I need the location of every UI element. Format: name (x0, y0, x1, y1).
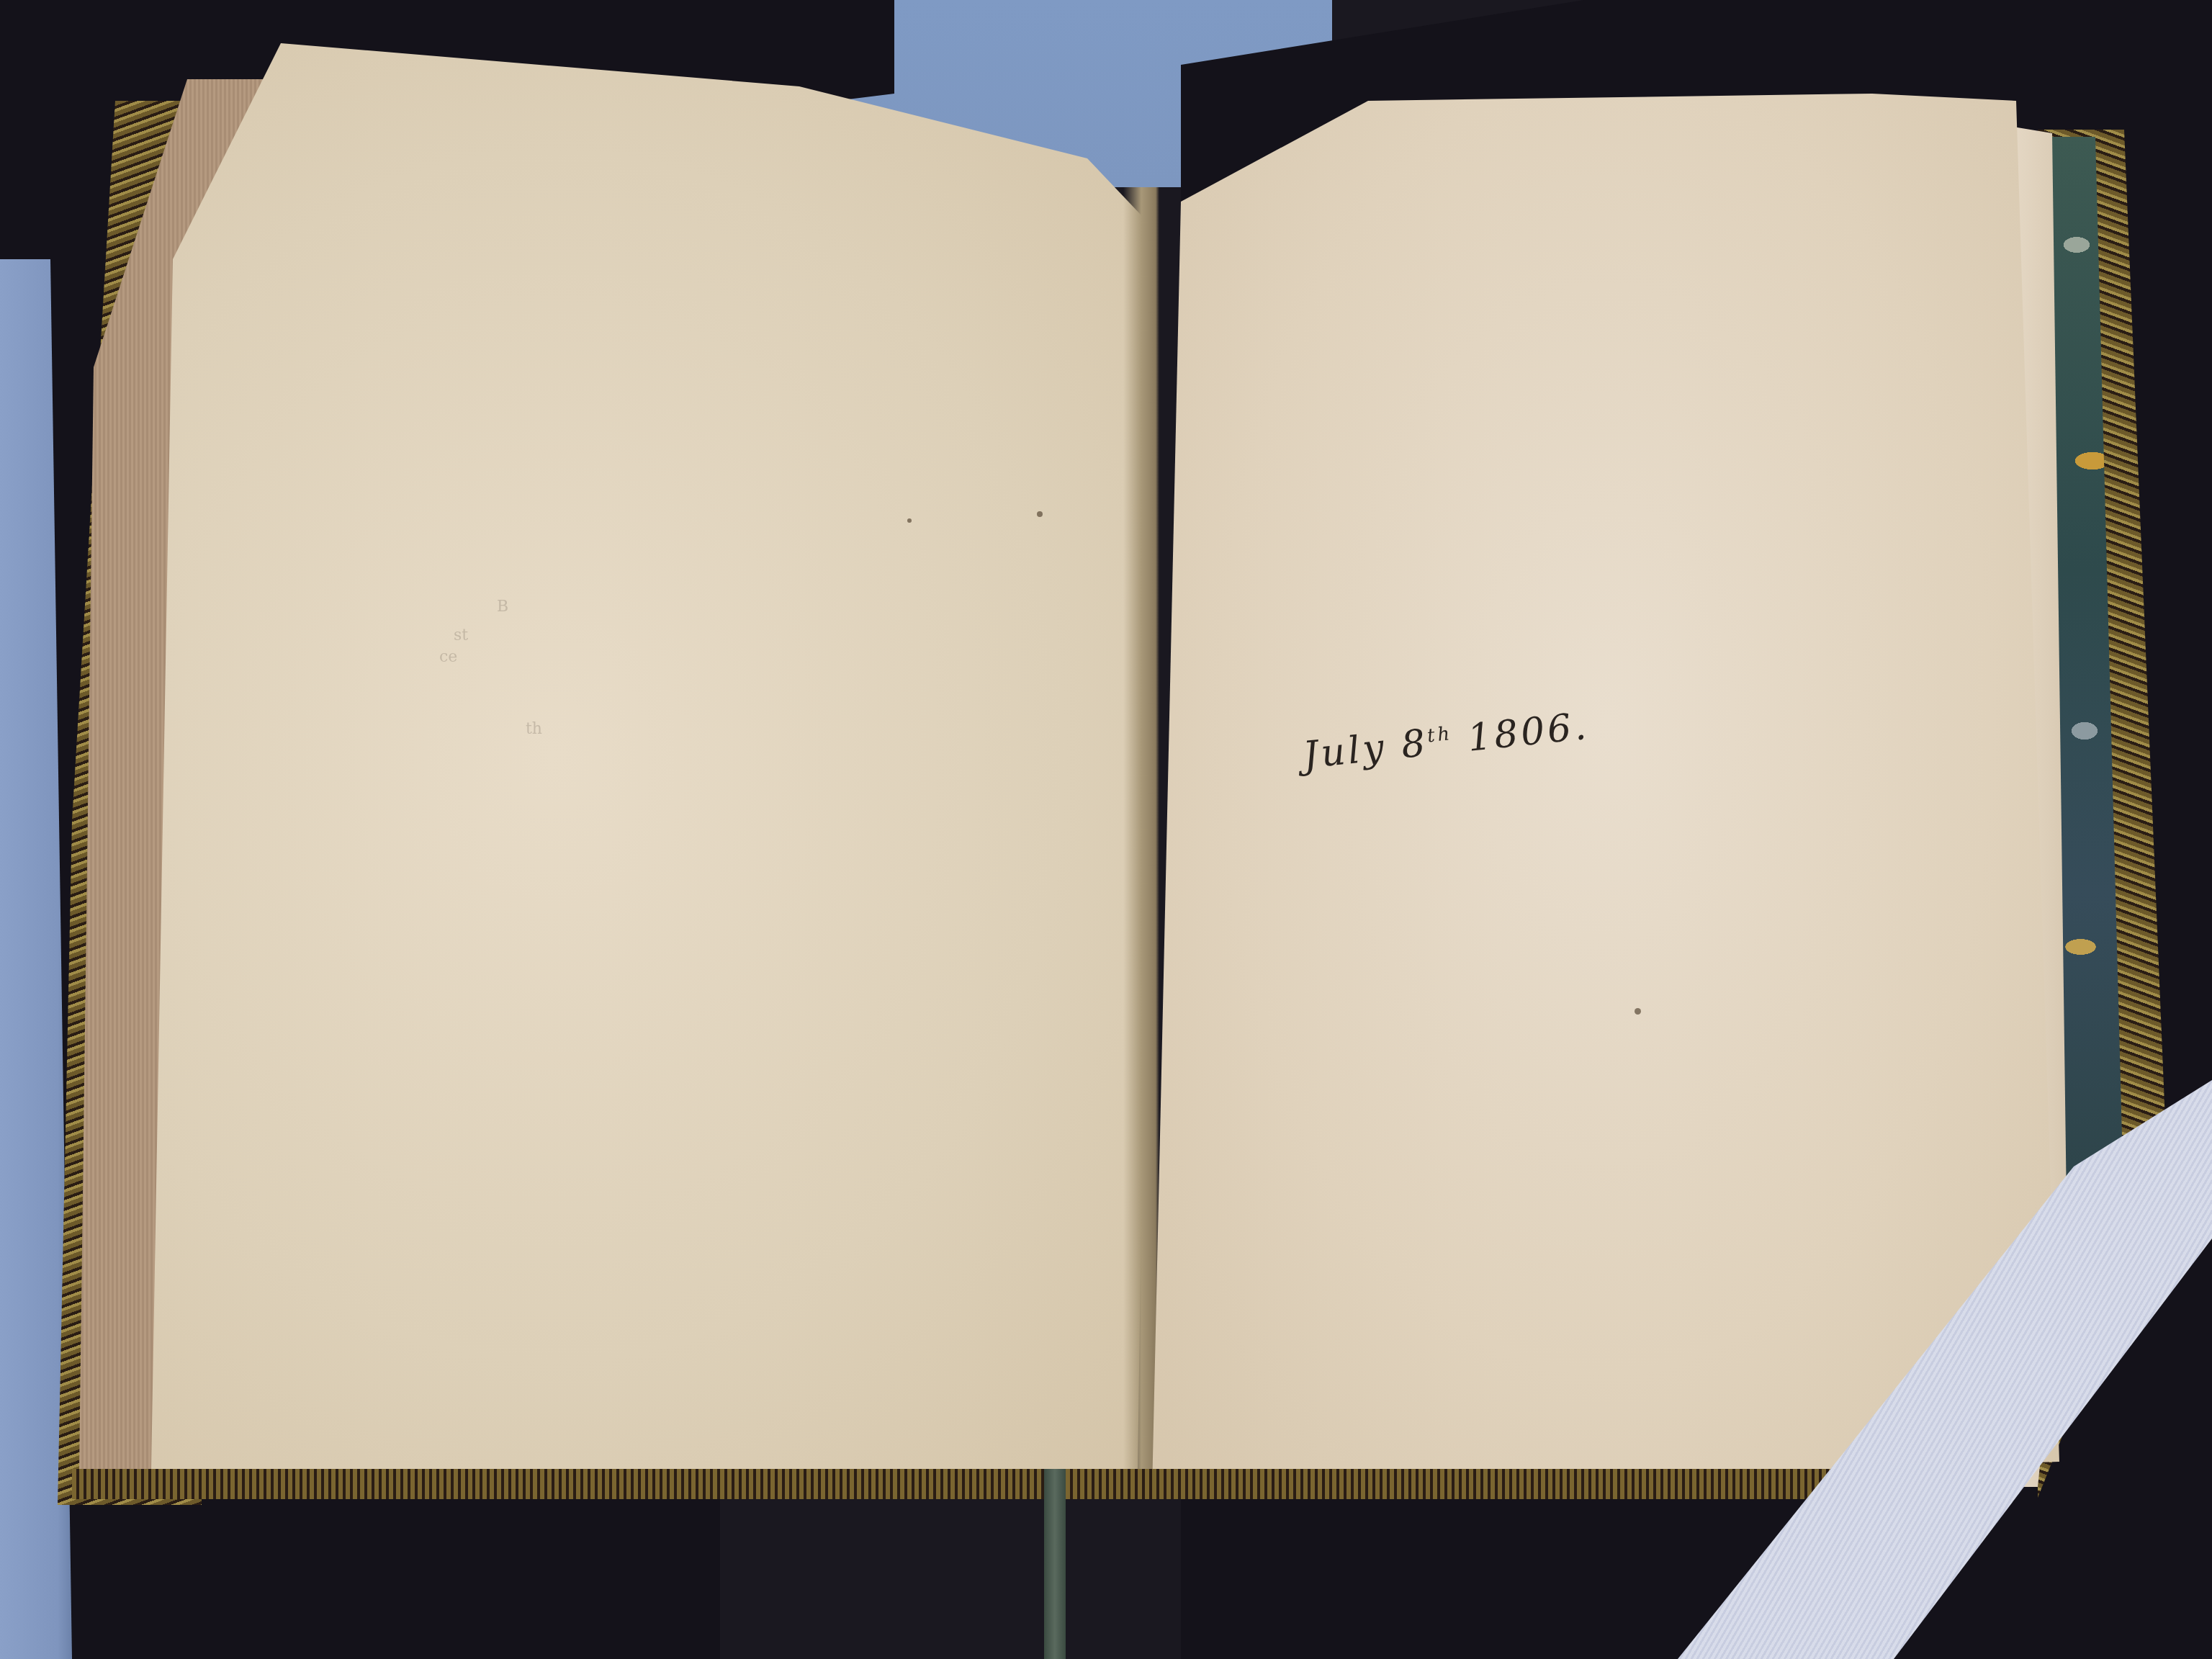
foxing-spot (1635, 1008, 1641, 1015)
left-page: B st ce th (151, 43, 1156, 1469)
bottom-gilt-edge (72, 1469, 1843, 1499)
ribbon-bookmark (1044, 1469, 1066, 1659)
showthrough-text: ce (439, 648, 457, 666)
inscription-ordinal: th (1426, 723, 1453, 747)
showthrough-text: th (526, 720, 542, 738)
foxing-spot (907, 518, 912, 523)
book-gutter (1123, 187, 1159, 1483)
right-page (1152, 94, 2059, 1491)
foxing-spot (1037, 511, 1043, 517)
showthrough-text: st (454, 626, 468, 644)
showthrough-text: B (497, 598, 508, 616)
